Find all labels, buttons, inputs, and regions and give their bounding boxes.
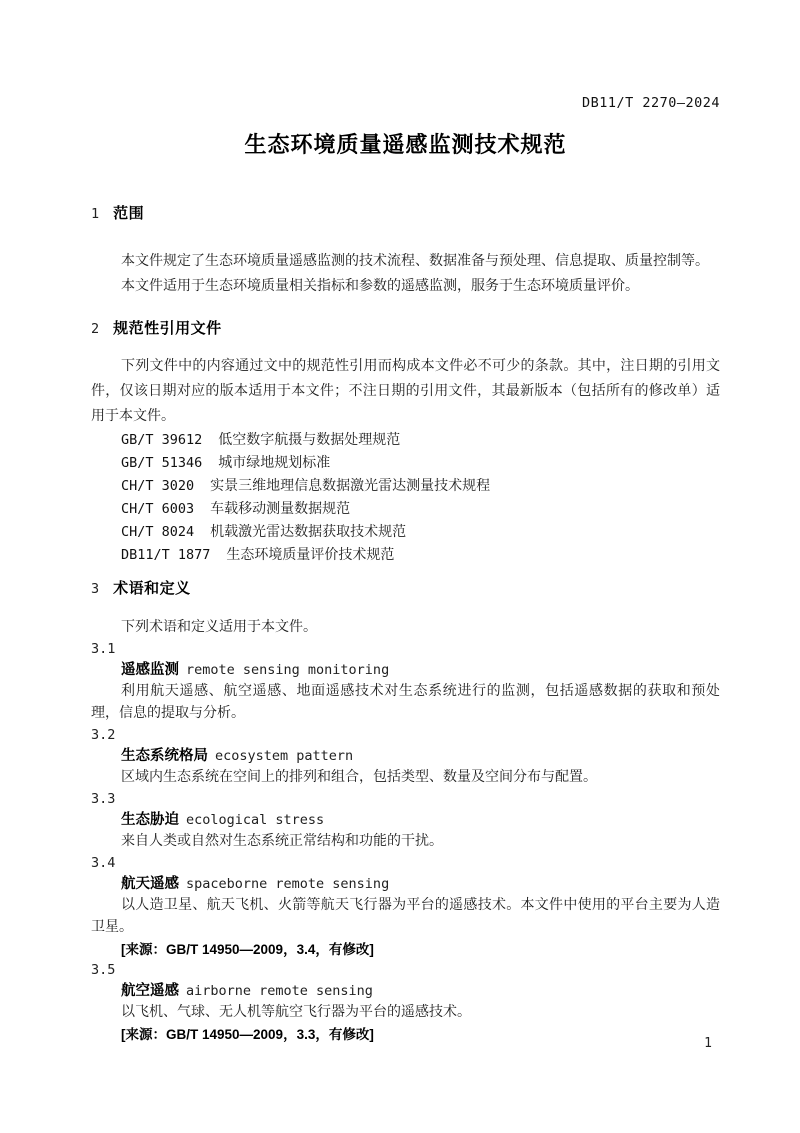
reference-title: 车载移动测量数据规范 — [210, 502, 350, 517]
term-name-zh: 航天遥感 — [121, 876, 179, 892]
document-standard-code: DB11/T 2270—2024 — [91, 96, 720, 110]
document-title: 生态环境质量遥感监测技术规范 — [91, 130, 720, 160]
term-definition: 来自人类或自然对生态系统正常结构和功能的干扰。 — [91, 831, 720, 853]
scope-paragraph-1: 本文件规定了生态环境质量遥感监测的技术流程、数据准备与预处理、信息提取、质量控制… — [91, 249, 720, 274]
term-title: 生态系统格局ecosystem pattern — [121, 746, 720, 767]
section-3-label: 术语和定义 — [113, 580, 191, 597]
term-number: 3.5 — [91, 960, 720, 981]
document-page: DB11/T 2270—2024 生态环境质量遥感监测技术规范 1范围 本文件规… — [0, 0, 800, 1133]
term-title: 遥感监测remote sensing monitoring — [121, 660, 720, 681]
reference-item: CH/T 6003车载移动测量数据规范 — [121, 498, 720, 521]
term-name-en: spaceborne remote sensing — [186, 876, 389, 892]
reference-item: CH/T 8024机载激光雷达数据获取技术规范 — [121, 521, 720, 544]
reference-title: 城市绿地规划标准 — [218, 456, 330, 471]
normative-references-intro: 下列文件中的内容通过文中的规范性引用而构成本文件必不可少的条款。其中，注日期的引… — [91, 354, 720, 429]
reference-item: GB/T 39612低空数字航摄与数据处理规范 — [121, 429, 720, 452]
reference-item: CH/T 3020实景三维地理信息数据激光雷达测量技术规程 — [121, 475, 720, 498]
term-definition: 以人造卫星、航天飞机、火箭等航天飞行器为平台的遥感技术。本文件中使用的平台主要为… — [91, 895, 720, 939]
term-number: 3.1 — [91, 639, 720, 660]
term-name-zh: 生态胁迫 — [121, 812, 179, 828]
term-source-note: [来源：GB/T 14950—2009，3.3，有修改] — [121, 1024, 720, 1045]
term-title: 生态胁迫ecological stress — [121, 810, 720, 831]
reference-code: GB/T 39612 — [121, 432, 202, 448]
term-source-note: [来源：GB/T 14950—2009，3.4，有修改] — [121, 939, 720, 960]
reference-item: DB11/T 1877生态环境质量评价技术规范 — [121, 544, 720, 567]
reference-code: CH/T 6003 — [121, 501, 194, 517]
term-definition: 利用航天遥感、航空遥感、地面遥感技术对生态系统进行的监测，包括遥感数据的获取和预… — [91, 681, 720, 725]
section-1-heading: 1范围 — [91, 206, 720, 223]
reference-item: GB/T 51346城市绿地规划标准 — [121, 452, 720, 475]
reference-title: 生态环境质量评价技术规范 — [226, 548, 394, 563]
section-1-label: 范围 — [113, 205, 144, 222]
term-name-zh: 航空遥感 — [121, 983, 179, 999]
section-3-number: 3 — [91, 581, 99, 597]
reference-code: CH/T 3020 — [121, 478, 194, 494]
term-name-zh: 遥感监测 — [121, 662, 179, 678]
normative-references-list: GB/T 39612低空数字航摄与数据处理规范 GB/T 51346城市绿地规划… — [91, 429, 720, 567]
section-2-label: 规范性引用文件 — [113, 320, 222, 337]
reference-code: DB11/T 1877 — [121, 547, 210, 563]
section-2-heading: 2规范性引用文件 — [91, 321, 720, 338]
term-number: 3.2 — [91, 725, 720, 746]
reference-code: GB/T 51346 — [121, 455, 202, 471]
term-name-en: ecosystem pattern — [215, 748, 353, 764]
section-1-number: 1 — [91, 206, 99, 222]
term-title: 航天遥感spaceborne remote sensing — [121, 874, 720, 895]
term-definition: 区域内生态系统在空间上的排列和组合，包括类型、数量及空间分布与配置。 — [91, 767, 720, 789]
term-name-en: ecological stress — [186, 812, 324, 828]
term-name-en: airborne remote sensing — [186, 983, 373, 999]
reference-title: 低空数字航摄与数据处理规范 — [218, 433, 400, 448]
term-definition: 以飞机、气球、无人机等航空飞行器为平台的遥感技术。 — [91, 1002, 720, 1024]
term-name-en: remote sensing monitoring — [186, 662, 389, 678]
term-number: 3.3 — [91, 789, 720, 810]
term-number: 3.4 — [91, 853, 720, 874]
section-2-number: 2 — [91, 321, 99, 337]
terms-intro: 下列术语和定义适用于本文件。 — [91, 617, 720, 639]
term-title: 航空遥感airborne remote sensing — [121, 981, 720, 1002]
section-3-heading: 3术语和定义 — [91, 581, 720, 598]
page-number: 1 — [704, 1036, 712, 1051]
scope-paragraph-2: 本文件适用于生态环境质量相关指标和参数的遥感监测，服务于生态环境质量评价。 — [91, 274, 720, 299]
term-name-zh: 生态系统格局 — [121, 748, 208, 764]
reference-code: CH/T 8024 — [121, 524, 194, 540]
reference-title: 实景三维地理信息数据激光雷达测量技术规程 — [210, 479, 490, 494]
reference-title: 机载激光雷达数据获取技术规范 — [210, 525, 406, 540]
